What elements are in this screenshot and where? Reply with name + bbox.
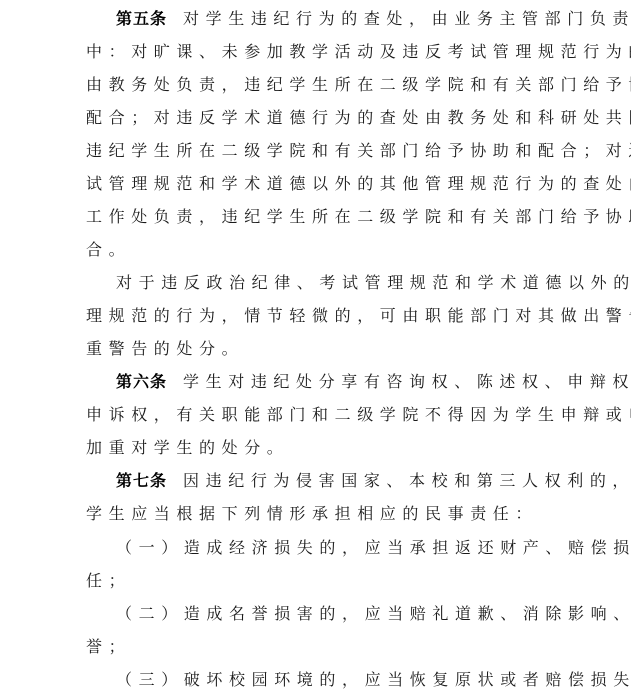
article-heading: 第六条 [116,372,167,391]
text-line: 试管理规范和学术道德以外的其他管理规范行为的查处由学生 [86,172,631,196]
paragraph-start: 对于违反政治纪律、考试管理规范和学术道德以外的其他管 [116,271,631,295]
text-line: 理规范的行为，情节轻微的，可由职能部门对其做出警告或严 [86,304,631,328]
article-5-line-1: 第五条对学生违纪行为的查处，由业务主管部门负责，其 [116,7,631,31]
list-item-1: （一）造成经济损失的，应当承担返还财产、赔偿损失等责 [116,536,631,560]
list-item-2: （二）造成名誉损害的，应当赔礼道歉、消除影响、恢复名 [116,602,631,626]
text-line: 重警告的处分。 [86,337,244,361]
article-7-line-1: 第七条因违纪行为侵害国家、本校和第三人权利的，违纪 [116,469,631,493]
text-line: 学生应当根据下列情形承担相应的民事责任： [86,502,538,526]
list-item-3: （三）破坏校园环境的，应当恢复原状或者赔偿损失； [116,668,631,692]
text-line: 任； [86,569,131,593]
text-line: 申诉权，有关职能部门和二级学院不得因为学生申辩或申诉而 [86,403,631,427]
article-6-line-1: 第六条学生对违纪处分享有咨询权、陈述权、申辩权和 [116,370,631,394]
text-line: 誉； [86,635,131,659]
text-line: 加重对学生的处分。 [86,436,289,460]
article-heading: 第七条 [116,471,167,490]
text-line: 违纪学生所在二级学院和有关部门给予协助和配合；对违反考 [86,139,631,163]
text-line: 工作处负责，违纪学生所在二级学院和有关部门给予协助和配 [86,205,631,229]
article-heading: 第五条 [116,9,167,28]
text-line: 配合；对违反学术道德行为的查处由教务处和科研处共同负责， [86,106,631,130]
text-line: 中：对旷课、未参加教学活动及违反考试管理规范行为的查处 [86,40,631,64]
text-line: 由教务处负责，违纪学生所在二级学院和有关部门给予协助和 [86,73,631,97]
text-line: 合。 [86,238,131,262]
